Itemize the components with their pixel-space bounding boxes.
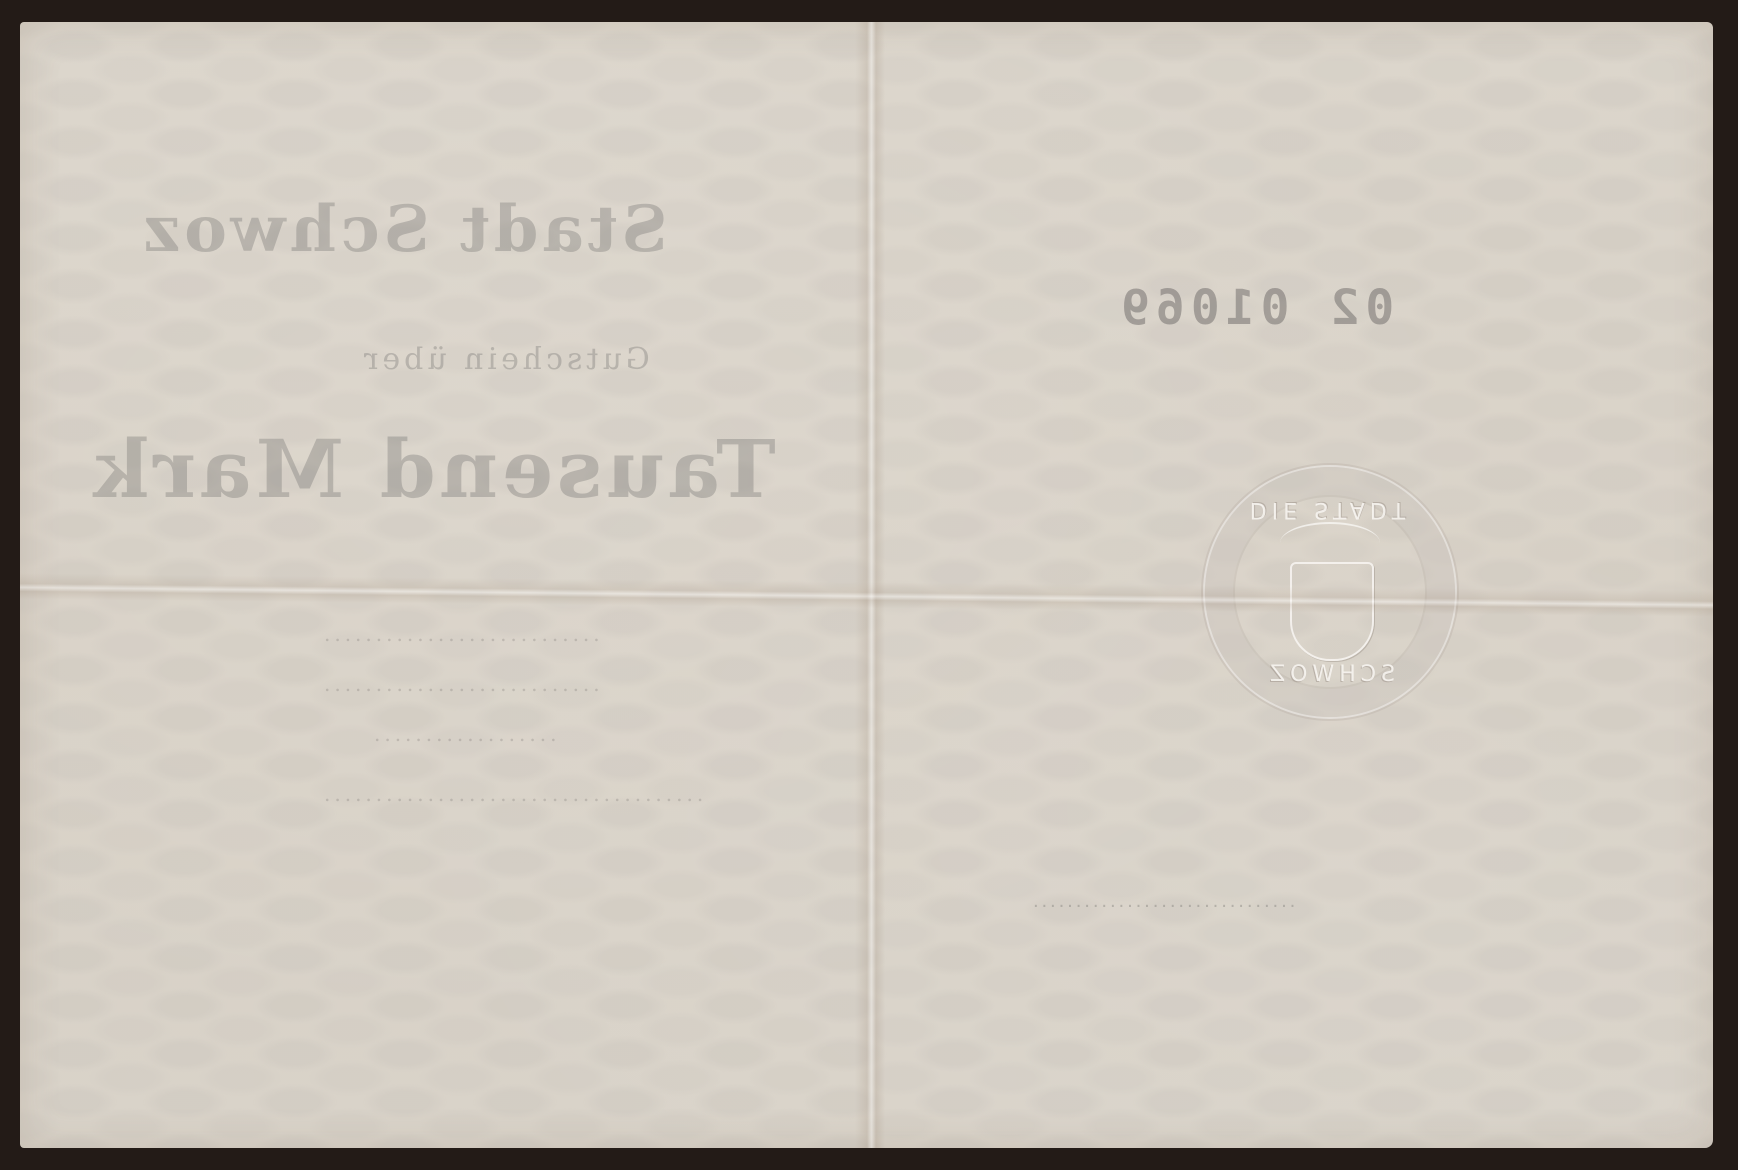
seal-top-text: DIE STADT bbox=[1205, 497, 1455, 522]
bleed-through-line: ........................... bbox=[320, 622, 600, 646]
bleed-through-line: ..................................... bbox=[320, 782, 703, 806]
bleed-through-title: Stadt Schwoz bbox=[140, 192, 668, 267]
crest-icon bbox=[1280, 522, 1380, 564]
serial-number: 02 01069 bbox=[1115, 280, 1394, 336]
bleed-through-subtitle: Gutschein über bbox=[360, 342, 650, 377]
bleed-through-line: .................. bbox=[370, 722, 556, 746]
seal-bottom-text: SCHWOZ bbox=[1205, 662, 1455, 687]
scan-background: Stadt Schwoz Gutschein über Tausend Mark… bbox=[0, 0, 1738, 1170]
bleed-through-bottom-line: ............................... bbox=[1030, 890, 1295, 913]
banknote-reverse: Stadt Schwoz Gutschein über Tausend Mark… bbox=[20, 22, 1713, 1148]
bleed-through-line: ........................... bbox=[320, 672, 600, 696]
bleed-through-value: Tausend Mark bbox=[90, 422, 776, 516]
